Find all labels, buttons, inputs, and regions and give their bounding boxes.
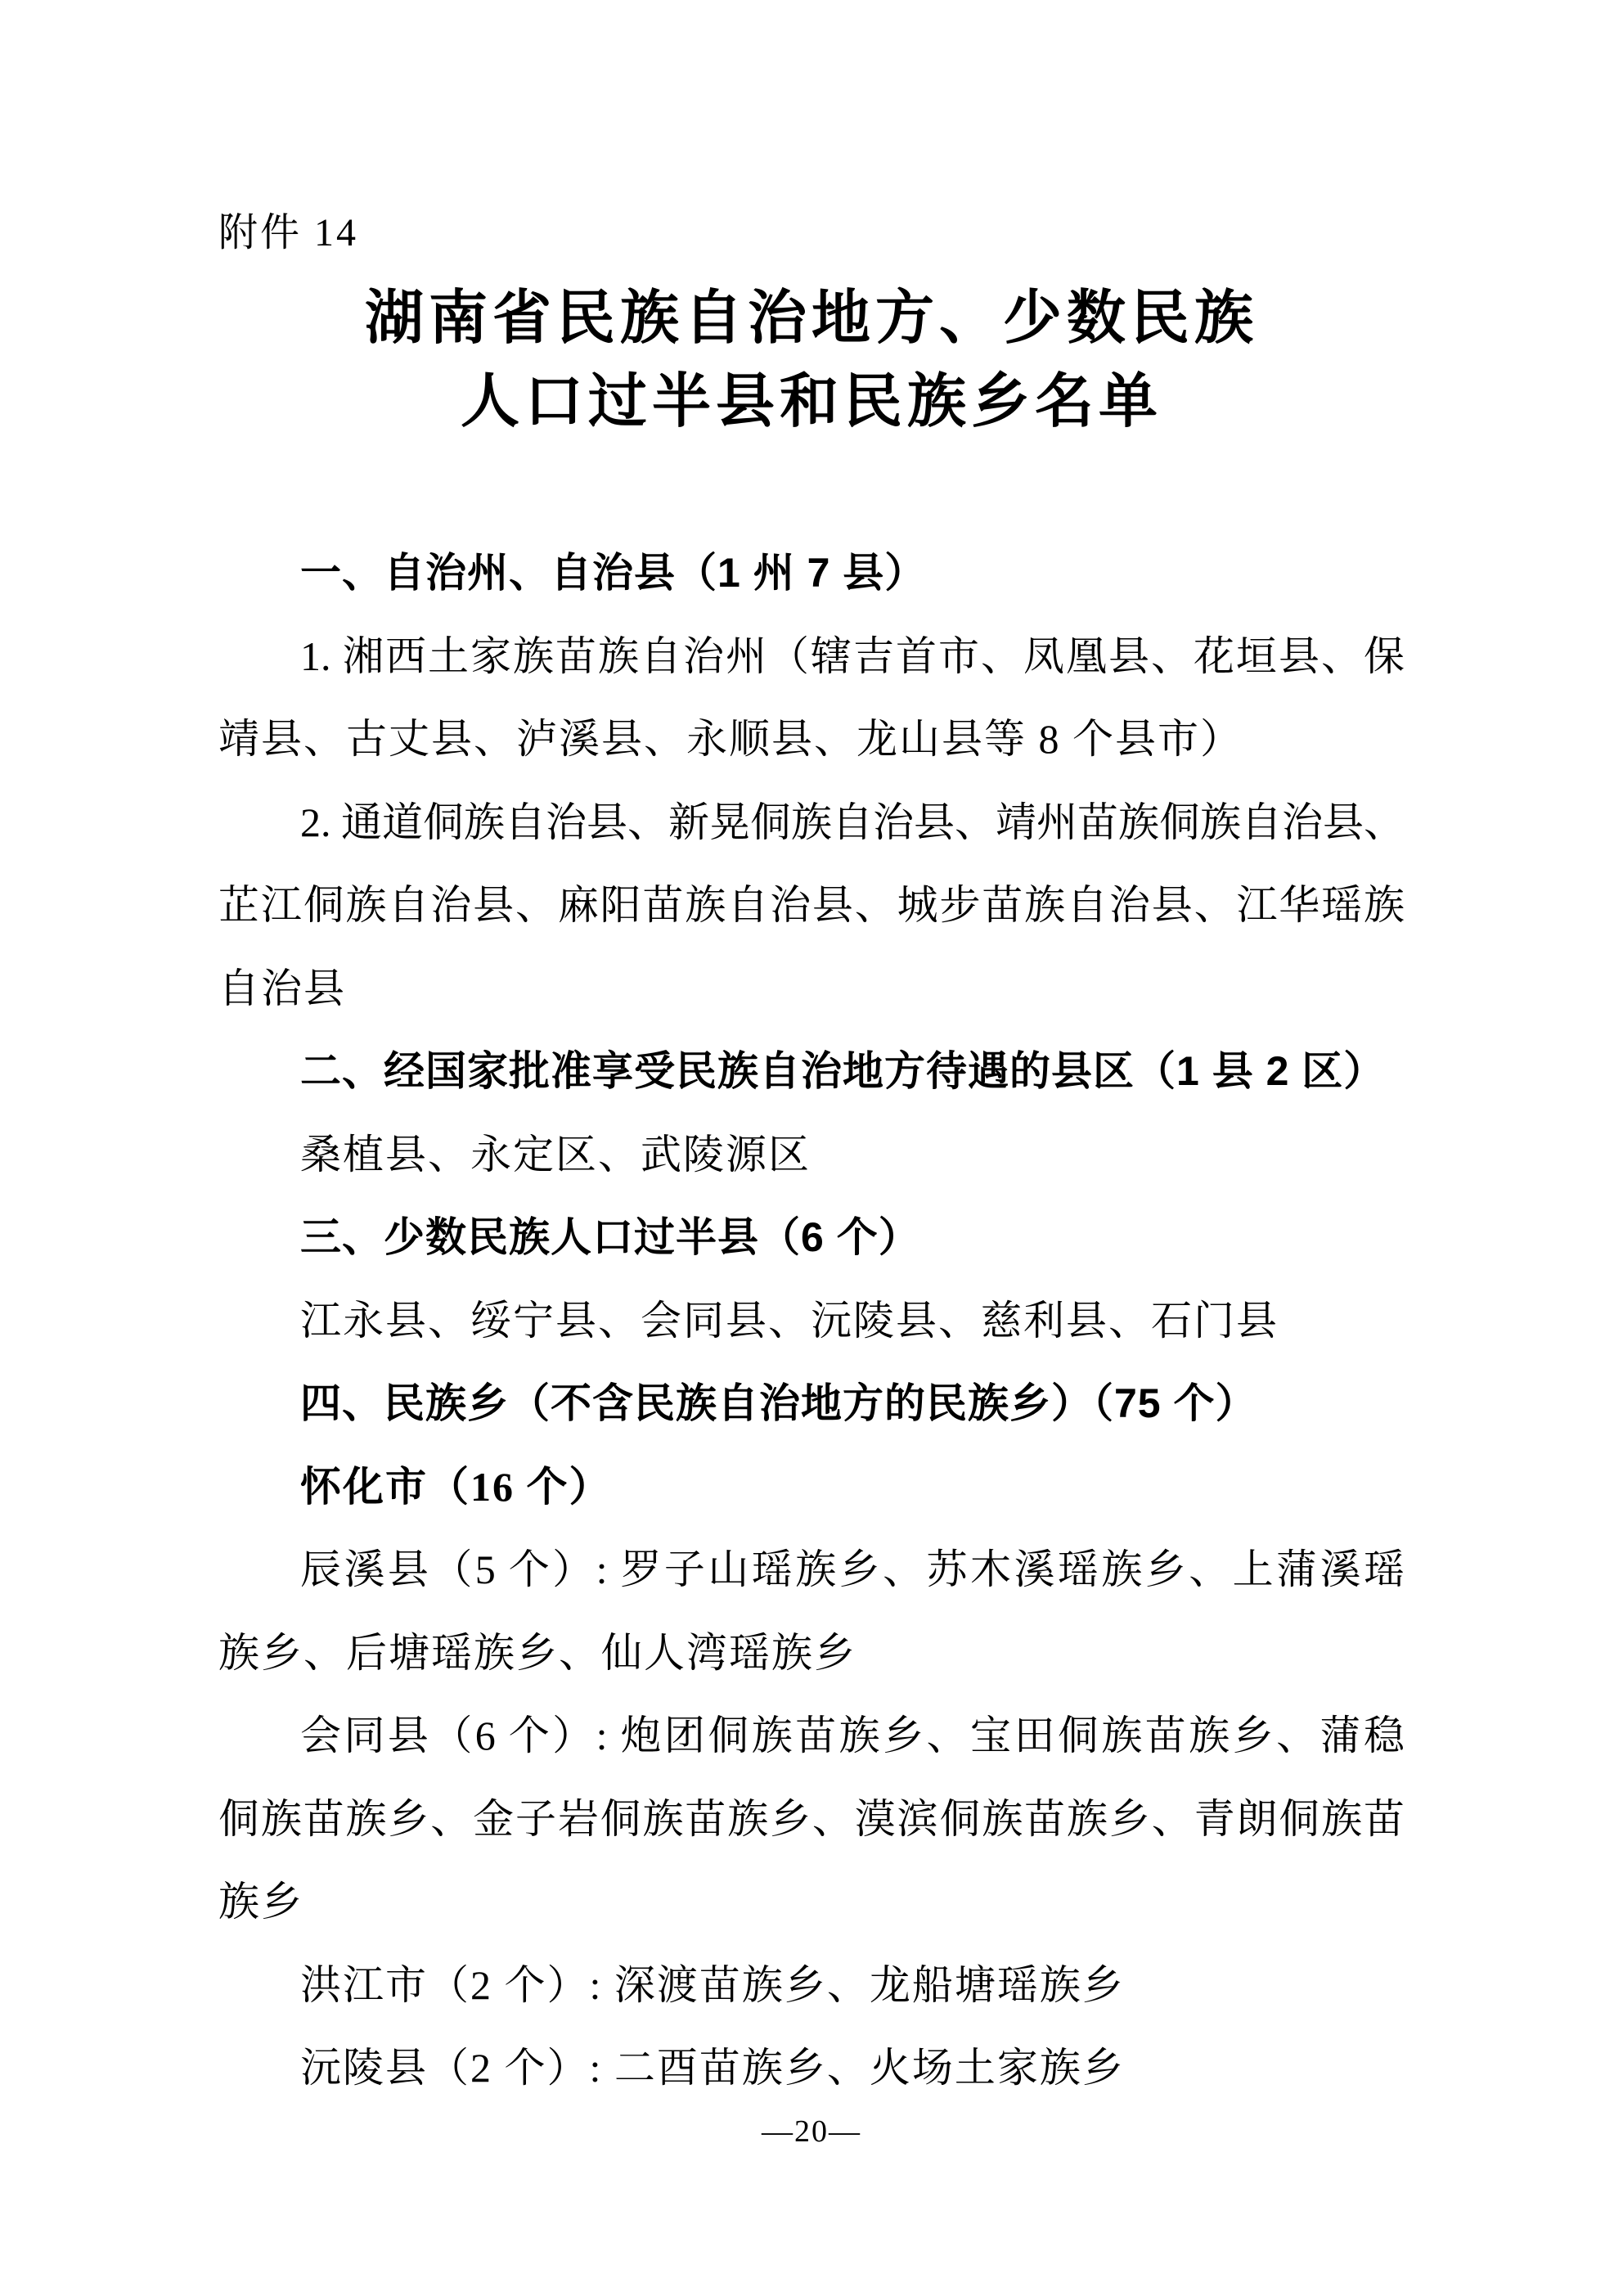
document-title-line-2: 人口过半县和民族乡名单 [0, 360, 1623, 443]
chenxi-county-line2: 族乡、后塘瑶族乡、仙人湾瑶族乡 [218, 1612, 1405, 1695]
section3-heading: 三、少数民族人口过半县（6 个） [218, 1196, 1405, 1280]
huitong-county-line2: 侗族苗族乡、金子岩侗族苗族乡、漠滨侗族苗族乡、青朗侗族苗 [218, 1778, 1405, 1862]
item2-line2: 芷江侗族自治县、麻阳苗族自治县、城步苗族自治县、江华瑶族 [218, 864, 1405, 948]
section3-list: 江永县、绥宁县、会同县、沅陵县、慈利县、石门县 [218, 1280, 1405, 1363]
document-title: 湖南省民族自治地方、少数民族 人口过半县和民族乡名单 [0, 277, 1623, 443]
item2-line3: 自治县 [218, 948, 1405, 1031]
huitong-county-line1: 会同县（6 个）: 炮团侗族苗族乡、宝田侗族苗族乡、蒲稳 [218, 1695, 1405, 1778]
document-page: 附件 14 湖南省民族自治地方、少数民族 人口过半县和民族乡名单 一、自治州、自… [0, 0, 1623, 2296]
document-body: 一、自治州、自治县（1 州 7 县） 1. 湘西土家族苗族自治州（辖吉首市、凤凰… [218, 532, 1405, 2110]
huitong-county-line3: 族乡 [218, 1861, 1405, 1944]
attachment-label: 附件 14 [218, 209, 358, 258]
section2-heading: 二、经国家批准享受民族自治地方待遇的县区（1 县 2 区） [218, 1030, 1405, 1114]
section2-list: 桑植县、永定区、武陵源区 [218, 1114, 1405, 1197]
page-number: —20— [0, 2109, 1623, 2154]
item1-line1: 1. 湘西土家族苗族自治州（辖吉首市、凤凰县、花垣县、保 [218, 615, 1405, 699]
hongjiang-city-line: 洪江市（2 个）: 深渡苗族乡、龙船塘瑶族乡 [218, 1944, 1405, 2028]
document-title-line-1: 湖南省民族自治地方、少数民族 [0, 277, 1623, 360]
yuanling-county-line: 沅陵县（2 个）: 二酉苗族乡、火场土家族乡 [218, 2027, 1405, 2110]
section4-heading: 四、民族乡（不含民族自治地方的民族乡）（75 个） [218, 1362, 1405, 1446]
chenxi-county-line1: 辰溪县（5 个）: 罗子山瑶族乡、苏木溪瑶族乡、上蒲溪瑶 [218, 1528, 1405, 1612]
huaihua-city-heading: 怀化市（16 个） [218, 1446, 1405, 1529]
item2-line1: 2. 通道侗族自治县、新晃侗族自治县、靖州苗族侗族自治县、 [218, 781, 1405, 865]
item1-line2: 靖县、古丈县、泸溪县、永顺县、龙山县等 8 个县市） [218, 698, 1405, 781]
section1-heading: 一、自治州、自治县（1 州 7 县） [218, 532, 1405, 615]
